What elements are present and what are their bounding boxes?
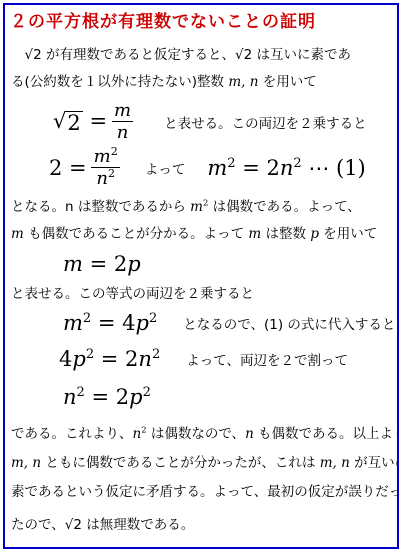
- proof-document: ２の平方根が有理数でないことの証明 √2 が有理数であると仮定すると、√2 は互…: [3, 3, 399, 549]
- fraction-denominator: n2: [91, 167, 120, 188]
- formula-2-equals-m2-over-n2: 2 = m2 n2 よって m2 = 2n2 ⋯ (1): [49, 147, 397, 188]
- paragraph-1-line-1: √2 が有理数であると仮定すると、√2 は互いに素であ: [11, 45, 397, 65]
- formula-m2-equals-2n2-eq1: m2 = 2n2 ⋯ (1): [207, 156, 365, 180]
- formula-m2-equals-4p2: m2 = 4p2 となるので、(1) の式に代入すると: [63, 311, 397, 335]
- paragraph-2-line-2: m も偶数であることが分かる。よって m は整数 p を用いて: [11, 224, 397, 244]
- formula-4p2-equals-2n2: 4p2 = 2n2 よって、両辺を２で割って: [59, 347, 397, 371]
- inline-note: と表せる。この両辺を２乗すると: [164, 112, 367, 132]
- formula-lhs: 2 =: [49, 156, 87, 180]
- radical-sign: √2: [53, 111, 83, 134]
- formula-sqrt2-equals-m-over-n: √2 = m n と表せる。この両辺を２乗すると: [53, 101, 397, 142]
- paragraph-4-line-3: 素であるという仮定に矛盾する。よって、最初の仮定が誤りだっ: [11, 482, 397, 502]
- fraction-denominator: n: [112, 121, 134, 142]
- formula-body: n2 = 2p2: [63, 385, 151, 409]
- formula-body: 4p2 = 2n2: [59, 347, 160, 371]
- paragraph-4-line-2: m, n ともに偶数であることが分かったが、これは m, n が互いに: [11, 453, 397, 473]
- paragraph-4-line-1: である。これより、n2 は偶数なので、n も偶数である。以上より、: [11, 424, 397, 444]
- inline-note: よって、両辺を２で割って: [186, 349, 348, 369]
- fraction-m-over-n: m n: [109, 101, 136, 142]
- formula-body: m2 = 4p2: [63, 311, 157, 335]
- page-title: ２の平方根が有理数でないことの証明: [10, 11, 397, 33]
- formula-m-equals-2p: m = 2p: [63, 252, 397, 276]
- paragraph-3-line-1: と表せる。この等式の両辺を２乗すると: [11, 284, 397, 304]
- inline-note: よって: [145, 158, 186, 178]
- fraction-numerator: m: [109, 101, 136, 121]
- formula-lhs: √2 =: [53, 109, 107, 134]
- paragraph-1-line-2: る(公約数を１以外に持たない)整数 m, n を用いて: [11, 72, 397, 92]
- paragraph-4-line-4: たので、√2 は無理数である。: [11, 515, 397, 535]
- fraction-m2-over-n2: m2 n2: [89, 147, 123, 188]
- fraction-numerator: m2: [89, 147, 123, 167]
- paragraph-2-line-1: となる。n は整数であるから m2 は偶数である。よって、: [11, 197, 397, 217]
- formula-n2-equals-2p2: n2 = 2p2: [63, 385, 397, 409]
- inline-note: となるので、(1) の式に代入すると: [183, 313, 395, 333]
- formula-body: m = 2p: [63, 252, 141, 276]
